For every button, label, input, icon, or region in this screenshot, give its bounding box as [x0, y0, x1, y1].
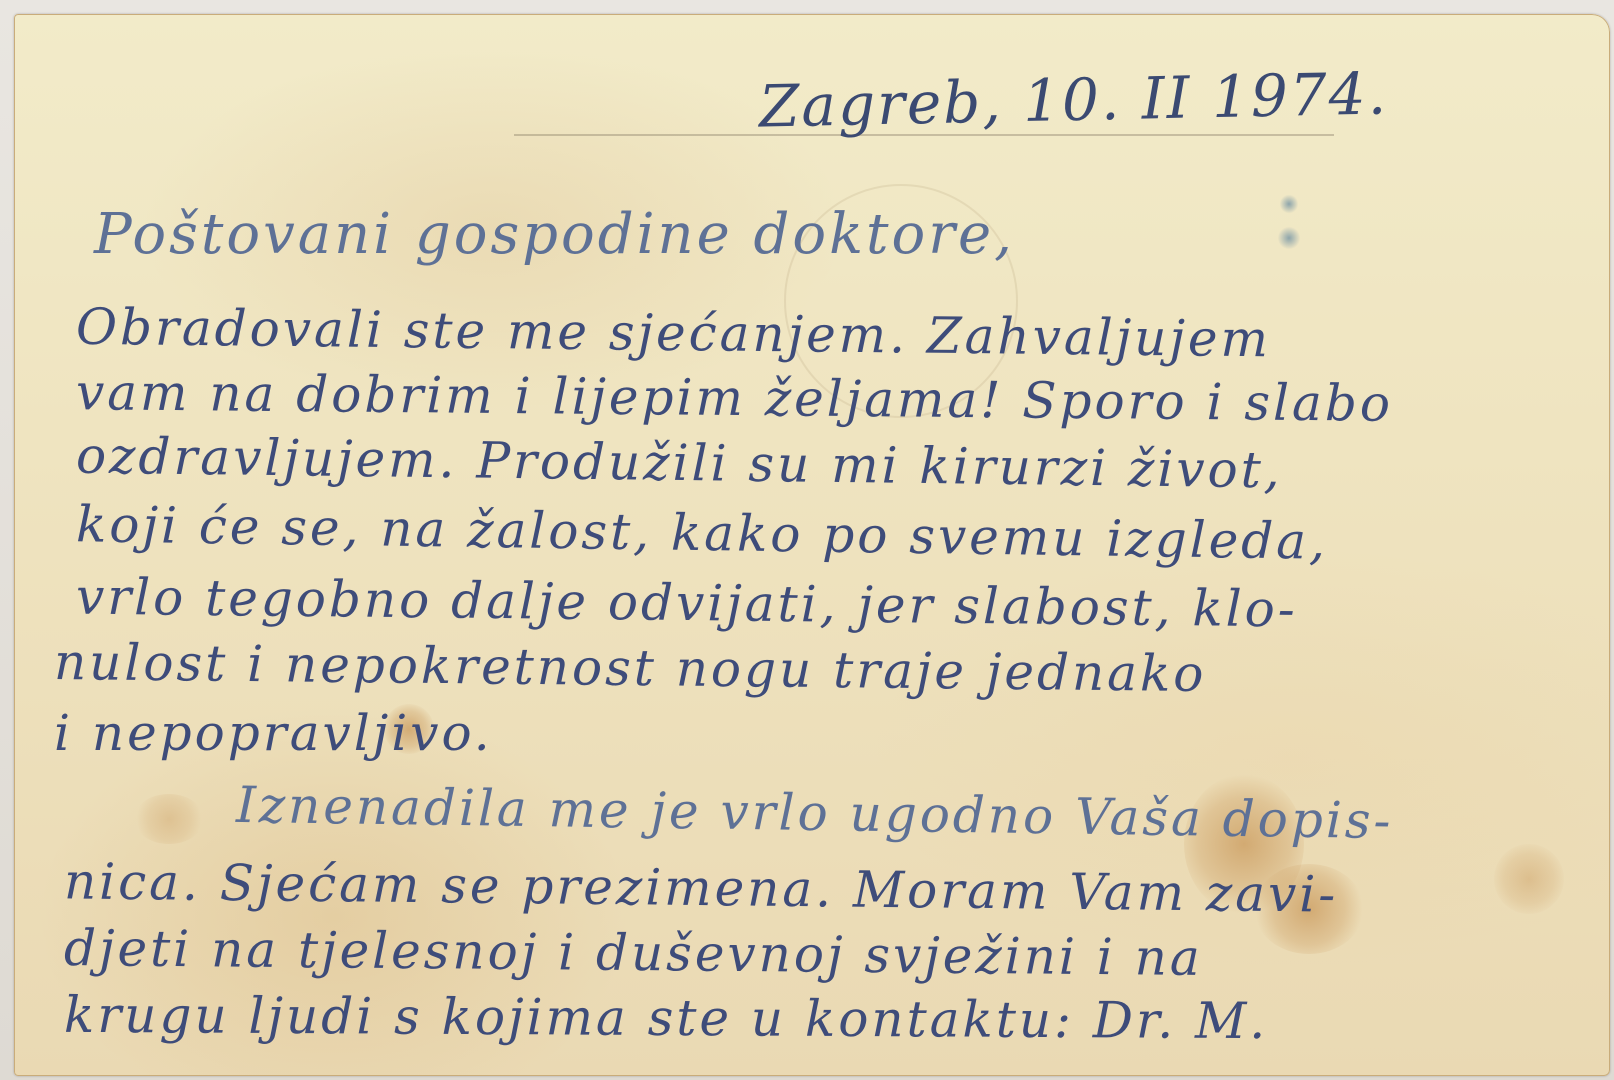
letter-line: ozdravljujem. Produžili su mi kirurzi ži… [76, 427, 1283, 500]
postcard: Zagreb, 10. II 1974. Poštovani gospodine… [14, 14, 1610, 1076]
letter-line: djeti na tjelesnoj i duševnoj svježini i… [64, 919, 1203, 987]
letter-line: vrlo tegobno dalje odvijati, jer slabost… [76, 568, 1298, 639]
letter-line: koji će se, na žalost, kako po svemu izg… [76, 495, 1329, 570]
stain [134, 794, 204, 844]
letter-line: krugu ljudi s kojima ste u kontaktu: Dr.… [64, 986, 1268, 1050]
place-date: Zagreb, 10. II 1974. [758, 59, 1388, 140]
salutation: Poštovani gospodine doktore, [94, 202, 1015, 267]
letter-line: nulost i nepokretnost nogu traje jednako [54, 633, 1207, 703]
letter-line: Obradovali ste me sjećanjem. Zahvaljujem [76, 298, 1271, 369]
letter-line: vam na dobrim i lijepim željama! Sporo i… [76, 363, 1393, 432]
stain [1494, 844, 1564, 914]
letter-line: i nepopravljivo. [54, 704, 493, 762]
ink-blot [1280, 194, 1298, 214]
letter-line: nica. Sjećam se prezimena. Moram Vam zav… [64, 852, 1339, 923]
ink-blot [1278, 226, 1300, 250]
